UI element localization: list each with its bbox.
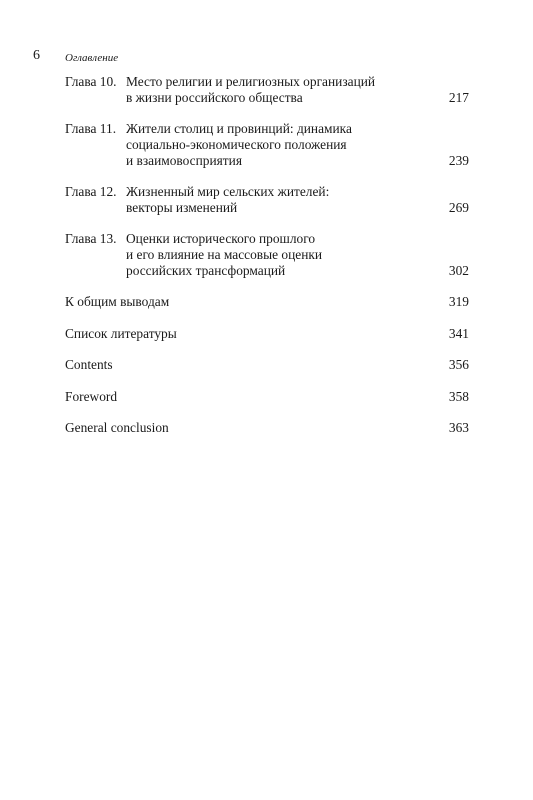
toc-entry-chapter-10[interactable]: Глава 10. Место религии и религиозных ор…	[65, 74, 469, 106]
chapter-label: Глава 10.	[65, 74, 126, 106]
toc-entry-general-conclusion[interactable]: General conclusion 363	[65, 420, 469, 436]
page-number: 6	[33, 48, 40, 64]
chapter-title-line: социально-экономического положения	[126, 137, 419, 153]
section-title: К общим выводам	[65, 294, 469, 310]
running-head: Оглавление	[65, 52, 118, 64]
chapter-title-line: российских трансформаций	[126, 263, 419, 279]
toc-entry-foreword[interactable]: Foreword 358	[65, 389, 469, 405]
section-page: 356	[449, 357, 469, 373]
toc-entry-chapter-13[interactable]: Глава 13. Оценки исторического прошлого …	[65, 231, 469, 279]
chapter-title-line: и его влияние на массовые оценки	[126, 247, 419, 263]
section-page: 363	[449, 420, 469, 436]
toc-entry-chapter-11[interactable]: Глава 11. Жители столиц и провинций: дин…	[65, 121, 469, 169]
toc-entry-chapter-12[interactable]: Глава 12. Жизненный мир сельских жителей…	[65, 184, 469, 216]
chapter-label: Глава 13.	[65, 231, 126, 279]
chapter-title-line: Место религии и религиозных организаций	[126, 74, 419, 90]
chapter-title-line: Оценки исторического прошлого	[126, 231, 419, 247]
chapter-label: Глава 12.	[65, 184, 126, 216]
section-title: General conclusion	[65, 420, 469, 436]
section-title: Foreword	[65, 389, 469, 405]
chapter-title-line: Жизненный мир сельских жителей:	[126, 184, 419, 200]
chapter-title: Жители столиц и провинций: динамика соци…	[126, 121, 469, 169]
chapter-label: Глава 11.	[65, 121, 126, 169]
chapter-title-line: и взаимовосприятия	[126, 153, 419, 169]
section-page: 341	[449, 326, 469, 342]
chapter-title: Оценки исторического прошлого и его влия…	[126, 231, 469, 279]
chapter-title: Место религии и религиозных организаций …	[126, 74, 469, 106]
chapter-page: 302	[449, 263, 469, 279]
section-title: Список литературы	[65, 326, 469, 342]
chapter-page: 269	[449, 200, 469, 216]
section-page: 358	[449, 389, 469, 405]
toc-entry-conclusions[interactable]: К общим выводам 319	[65, 294, 469, 310]
section-page: 319	[449, 294, 469, 310]
table-of-contents: Глава 10. Место религии и религиозных ор…	[65, 74, 469, 452]
chapter-title: Жизненный мир сельских жителей: векторы …	[126, 184, 469, 216]
chapter-title-line: векторы изменений	[126, 200, 419, 216]
section-title: Contents	[65, 357, 469, 373]
chapter-page: 217	[449, 90, 469, 106]
chapter-page: 239	[449, 153, 469, 169]
toc-entry-contents[interactable]: Contents 356	[65, 357, 469, 373]
toc-entry-bibliography[interactable]: Список литературы 341	[65, 326, 469, 342]
chapter-title-line: Жители столиц и провинций: динамика	[126, 121, 419, 137]
chapter-title-line: в жизни российского общества	[126, 90, 419, 106]
